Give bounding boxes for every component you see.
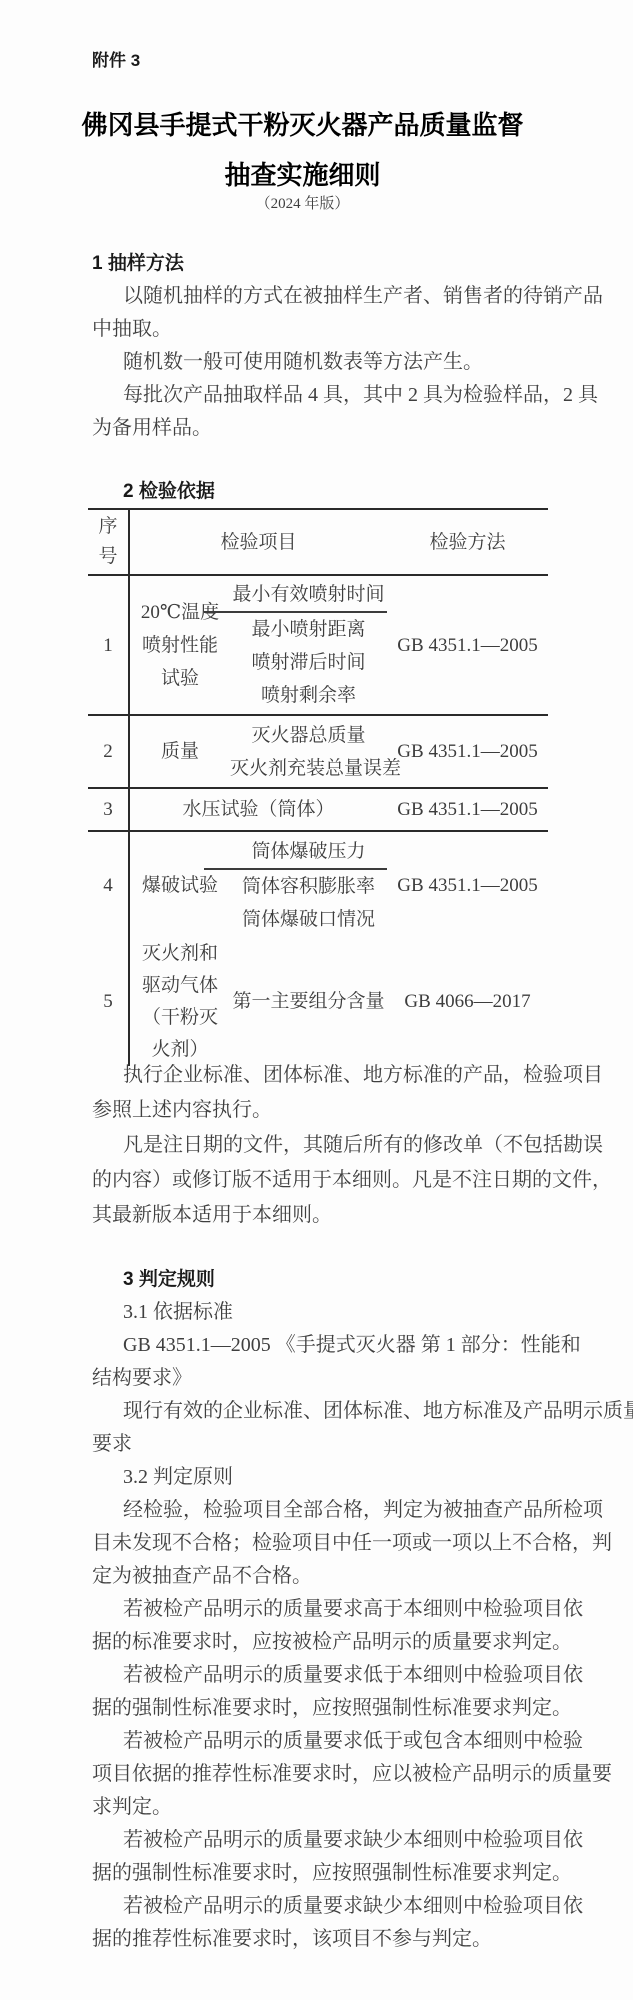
section-2-heading: 2 检验依据 [123, 475, 215, 508]
row-no: 1 [88, 629, 128, 662]
text-line: 每批次产品抽取样品 4 具，其中 2 具为检验样品，2 具 [92, 379, 562, 412]
text-line: 若被检产品明示的质量要求低于或包含本细则中检验 [92, 1725, 562, 1758]
table-row: 4 爆破试验 筒体爆破压力 筒体容积膨胀率 筒体爆破口情况 GB 4351.1—… [88, 832, 548, 938]
header-no: 序 号 [88, 510, 130, 574]
row-method: GB 4351.1—2005 [387, 735, 548, 768]
document-page: 附件 3 佛冈县手提式干粉灭火器产品质量监督 抽查实施细则 （2024 年版） … [0, 0, 633, 2000]
text-line: 中抽取。 [92, 313, 562, 346]
table-row: 1 20℃温度 喷射性能 试验 最小有效喷射时间 最小喷射距离 喷射滞后时间 喷… [88, 576, 548, 716]
row-sub-items: 最小有效喷射时间 最小喷射距离 喷射滞后时间 喷射剩余率 [230, 576, 387, 714]
text-line: 若被检产品明示的质量要求缺少本细则中检验项目依 [92, 1890, 562, 1923]
attachment-label: 附件 3 [92, 46, 140, 71]
text-line: GB 4351.1—2005 《手提式灭火器 第 1 部分：性能和 [92, 1329, 562, 1362]
text-line: 要求 [92, 1428, 562, 1461]
text-line: 求判定。 [92, 1791, 562, 1824]
row-sub-items: 筒体爆破压力 筒体容积膨胀率 筒体爆破口情况 [230, 832, 387, 938]
section-sampling-method: 1 抽样方法 以随机抽样的方式在被抽样生产者、销售者的待销产品 中抽取。 随机数… [92, 247, 562, 445]
table-header-row: 序 号 检验项目 检验方法 [88, 510, 548, 576]
subsection-3-1: 3.1 依据标准 [92, 1296, 562, 1329]
text-line: 项目依据的推荐性标准要求时，应以被检产品明示的质量要 [92, 1758, 562, 1791]
text-line: 凡是注日期的文件，其随后所有的修改单（不包括勘误 [92, 1128, 562, 1163]
text-line: 据的推荐性标准要求时，该项目不参与判定。 [92, 1923, 562, 1956]
row-no: 3 [88, 793, 128, 826]
inspection-table: 序 号 检验项目 检验方法 1 20℃温度 喷射性能 试验 最小有效喷射时间 最… [88, 508, 548, 1066]
text-line: 经检验，检验项目全部合格，判定为被抽查产品所检项 [92, 1494, 562, 1527]
title-line-1: 佛冈县手提式干粉灭火器产品质量监督 [0, 100, 605, 150]
document-title: 佛冈县手提式干粉灭火器产品质量监督 抽查实施细则 [0, 100, 605, 200]
row-sub-items: 灭火器总质量 灭火剂充装总量误差 [230, 716, 387, 787]
edition-label: （2024 年版） [0, 192, 605, 213]
header-method: 检验方法 [387, 510, 548, 574]
text-line: 目未发现不合格；检验项目中任一项或一项以上不合格，判 [92, 1527, 562, 1560]
text-line: 定为被抽查产品不合格。 [92, 1560, 562, 1593]
row-no: 2 [88, 735, 128, 768]
table-row: 5 灭火剂和 驱动气体 （干粉灭 火剂） 第一主要组分含量 GB 4066—20… [88, 938, 548, 1066]
text-line: 参照上述内容执行。 [92, 1093, 562, 1128]
row-method: GB 4351.1—2005 [387, 629, 548, 662]
text-line: 的内容）或修订版不适用于本细则。凡是不注日期的文件， [92, 1163, 562, 1198]
section-judgement-rules: 3 判定规则 3.1 依据标准 GB 4351.1—2005 《手提式灭火器 第… [92, 1263, 562, 1956]
row-method: GB 4066—2017 [387, 986, 548, 1018]
text-line: 其最新版本适用于本细则。 [92, 1198, 562, 1233]
section-3-heading: 3 判定规则 [92, 1263, 562, 1296]
text-line: 执行企业标准、团体标准、地方标准的产品，检验项目 [92, 1058, 562, 1093]
row-sub-items: 第一主要组分含量 [230, 938, 387, 1066]
row-method: GB 4351.1—2005 [387, 869, 548, 902]
section-1-heading: 1 抽样方法 [92, 247, 562, 280]
row-method: GB 4351.1—2005 [387, 793, 548, 826]
table-row: 2 质量 灭火器总质量 灭火剂充装总量误差 GB 4351.1—2005 [88, 716, 548, 789]
row-no: 5 [88, 986, 128, 1018]
text-line: 据的强制性标准要求时，应按照强制性标准要求判定。 [92, 1692, 562, 1725]
text-line: 为备用样品。 [92, 412, 562, 445]
row-no: 4 [88, 869, 128, 902]
subsection-3-2: 3.2 判定原则 [92, 1461, 562, 1494]
row-category: 灭火剂和 驱动气体 （干粉灭 火剂） [130, 938, 230, 1066]
table-row: 3 水压试验（筒体） GB 4351.1—2005 [88, 789, 548, 832]
header-item: 检验项目 [130, 510, 387, 574]
row-category: 质量 [130, 716, 230, 787]
text-line: 据的标准要求时，应按被检产品明示的质量要求判定。 [92, 1626, 562, 1659]
post-table-paragraphs: 执行企业标准、团体标准、地方标准的产品，检验项目 参照上述内容执行。 凡是注日期… [92, 1058, 562, 1233]
text-line: 随机数一般可使用随机数表等方法产生。 [92, 346, 562, 379]
row-category: 水压试验（筒体） [130, 789, 387, 830]
text-line: 现行有效的企业标准、团体标准、地方标准及产品明示质量 [92, 1395, 562, 1428]
text-line: 若被检产品明示的质量要求低于本细则中检验项目依 [92, 1659, 562, 1692]
text-line: 以随机抽样的方式在被抽样生产者、销售者的待销产品 [92, 280, 562, 313]
text-line: 若被检产品明示的质量要求高于本细则中检验项目依 [92, 1593, 562, 1626]
text-line: 据的强制性标准要求时，应按照强制性标准要求判定。 [92, 1857, 562, 1890]
text-line: 结构要求》 [92, 1362, 562, 1395]
text-line: 若被检产品明示的质量要求缺少本细则中检验项目依 [92, 1824, 562, 1857]
